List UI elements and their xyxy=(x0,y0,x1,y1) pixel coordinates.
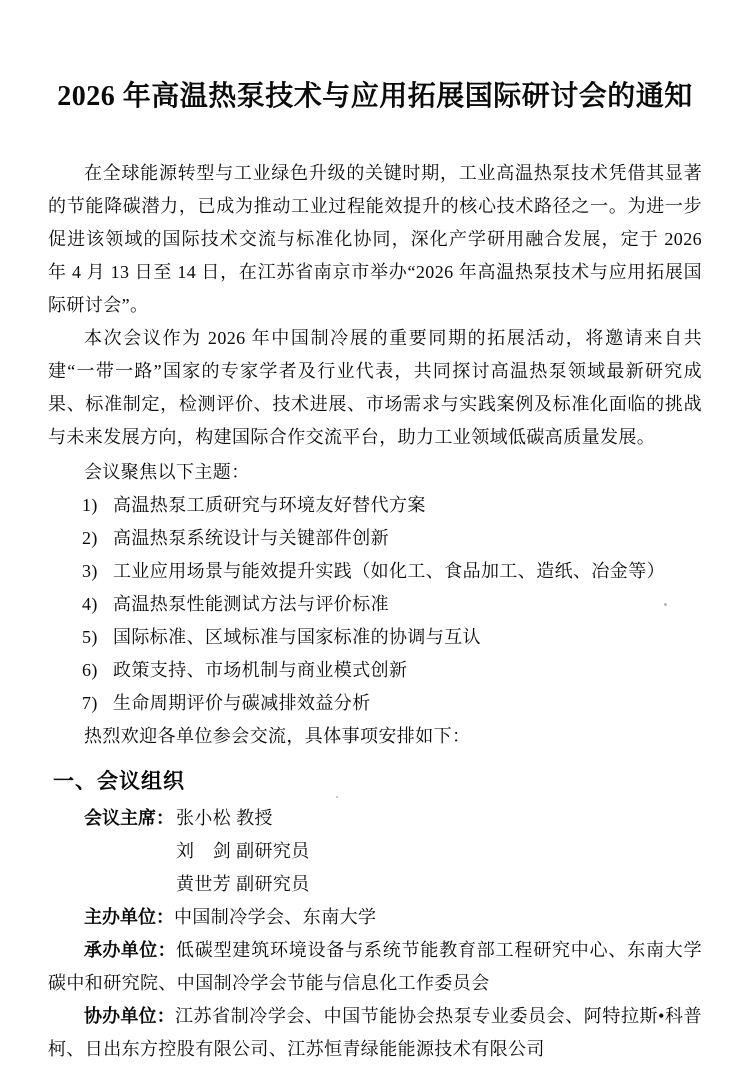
topic-text: 生命周期评价与碳减排效益分析 xyxy=(113,687,702,720)
topic-item-1: 1) 高温热泵工质研究与环境友好替代方案 xyxy=(82,489,702,522)
topic-text: 国际标准、区域标准与国家标准的协调与互认 xyxy=(113,621,702,654)
organizer-line: 承办单位：低碳型建筑环境设备与系统节能教育部工程研究中心、东南大学碳中和研究院、… xyxy=(48,934,702,1000)
topic-item-4: 4) 高温热泵性能测试方法与评价标准 xyxy=(82,588,702,621)
topic-item-3: 3) 工业应用场景与能效提升实践（如化工、食品加工、造纸、冶金等） xyxy=(82,555,702,588)
topic-item-7: 7) 生命周期评价与碳减排效益分析 xyxy=(82,687,702,720)
document-title: 2026 年高温热泵技术与应用拓展国际研讨会的通知 xyxy=(48,74,702,120)
topic-number: 3) xyxy=(82,555,113,588)
document-content: 2026 年高温热泵技术与应用拓展国际研讨会的通知 在全球能源转型与工业绿色升级… xyxy=(0,74,750,1066)
topic-item-6: 6) 政策支持、市场机制与商业模式创新 xyxy=(82,654,702,687)
topic-item-2: 2) 高温热泵系统设计与关键部件创新 xyxy=(82,522,702,555)
organizer-label: 承办单位： xyxy=(84,940,176,960)
topic-item-5: 5) 国际标准、区域标准与国家标准的协调与互认 xyxy=(82,621,702,654)
topic-number: 1) xyxy=(82,489,113,522)
host-label: 主办单位： xyxy=(84,907,174,927)
topic-number: 2) xyxy=(82,522,113,555)
topic-text: 高温热泵性能测试方法与评价标准 xyxy=(113,588,702,621)
topic-text: 政策支持、市场机制与商业模式创新 xyxy=(113,654,702,687)
chair-names: 张小松 教授 刘 剑 副研究员 黄世芳 副研究员 xyxy=(174,802,702,901)
chair-label: 会议主席： xyxy=(84,802,174,901)
scan-artifact-speck xyxy=(664,603,667,606)
host-value: 中国制冷学会、东南大学 xyxy=(174,907,376,927)
coorganizer-line: 协办单位：江苏省制冷学会、中国节能协会热泵专业委员会、阿特拉斯•科普柯、日出东方… xyxy=(48,1000,702,1066)
topics-lead: 会议聚焦以下主题： xyxy=(48,456,702,489)
intro-paragraph-1: 在全球能源转型与工业绿色升级的关键时期，工业高温热泵技术凭借其显著的节能降碳潜力… xyxy=(48,157,702,322)
intro-paragraph-2: 本次会议作为 2026 年中国制冷展的重要同期的拓展活动，将邀请来自共建“一带一… xyxy=(48,322,702,454)
topic-list: 1) 高温热泵工质研究与环境友好替代方案 2) 高温热泵系统设计与关键部件创新 … xyxy=(48,489,702,720)
section-heading-organization: 一、会议组织 xyxy=(53,765,702,798)
scan-artifact-speck xyxy=(336,796,338,798)
closing-line: 热烈欢迎各单位参会交流，具体事项安排如下： xyxy=(48,720,702,753)
chair-name-2: 刘 剑 副研究员 xyxy=(176,835,702,868)
chair-name-3: 黄世芳 副研究员 xyxy=(176,868,702,901)
document-page: 2026 年高温热泵技术与应用拓展国际研讨会的通知 在全球能源转型与工业绿色升级… xyxy=(0,0,750,1091)
document-body: 在全球能源转型与工业绿色升级的关键时期，工业高温热泵技术凭借其显著的节能降碳潜力… xyxy=(48,157,702,1066)
topic-number: 7) xyxy=(82,687,113,720)
topic-number: 5) xyxy=(82,621,113,654)
coorganizer-label: 协办单位： xyxy=(84,1006,175,1026)
chair-block: 会议主席： 张小松 教授 刘 剑 副研究员 黄世芳 副研究员 xyxy=(84,802,702,901)
topic-text: 工业应用场景与能效提升实践（如化工、食品加工、造纸、冶金等） xyxy=(113,555,702,588)
chair-name-1: 张小松 教授 xyxy=(176,802,702,835)
topic-text: 高温热泵工质研究与环境友好替代方案 xyxy=(113,489,702,522)
topic-number: 6) xyxy=(82,654,113,687)
topic-number: 4) xyxy=(82,588,113,621)
host-line: 主办单位：中国制冷学会、东南大学 xyxy=(48,901,702,934)
topic-text: 高温热泵系统设计与关键部件创新 xyxy=(113,522,702,555)
